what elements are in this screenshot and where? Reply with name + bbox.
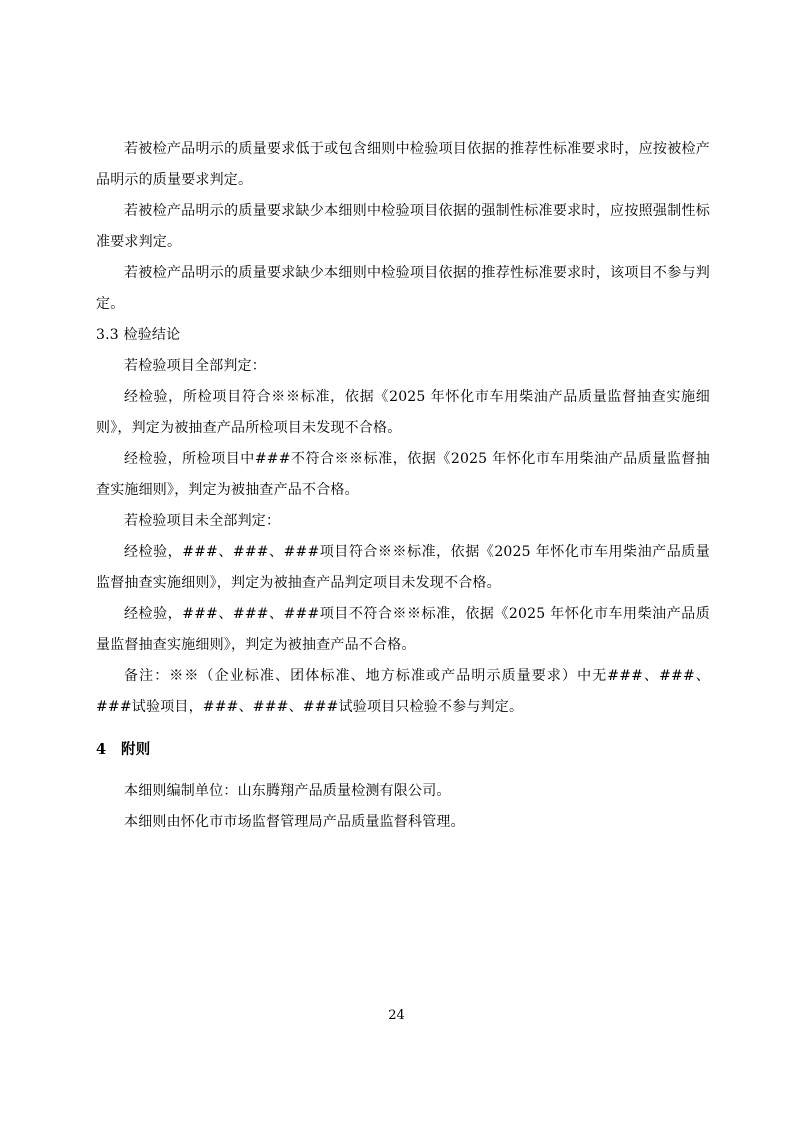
document-page: 若被检产品明示的质量要求低于或包含细则中检验项目依据的推荐性标准要求时，应按被检…: [0, 0, 793, 1122]
paragraph: 若被检产品明示的质量要求缺少本细则中检验项目依据的推荐性标准要求时，该项目不参与…: [96, 258, 710, 320]
document-body: 若被检产品明示的质量要求低于或包含细则中检验项目依据的推荐性标准要求时，应按被检…: [96, 134, 710, 838]
paragraph: 本细则由怀化市市场监督管理局产品质量监督科管理。: [96, 807, 710, 838]
paragraph: 备注：※※（企业标准、团体标准、地方标准或产品明示质量要求）中无###、###、…: [96, 661, 710, 723]
paragraph: 经检验，###、###、###项目符合※※标准，依据《2025 年怀化市车用柴油…: [96, 537, 710, 599]
section-heading-4: 4 附则: [96, 734, 710, 765]
paragraph: 经检验，###、###、###项目不符合※※标准，依据《2025 年怀化市车用柴…: [96, 599, 710, 661]
paragraph: 若检验项目全部判定：: [96, 351, 710, 382]
paragraph: 若检验项目未全部判定：: [96, 506, 710, 537]
page-number: 24: [0, 1008, 793, 1024]
paragraph: 本细则编制单位：山东腾翔产品质量检测有限公司。: [96, 776, 710, 807]
paragraph: 经检验，所检项目符合※※标准，依据《2025 年怀化市车用柴油产品质量监督抽查实…: [96, 382, 710, 444]
section-heading-3-3: 3.3 检验结论: [96, 320, 710, 351]
paragraph: 若被检产品明示的质量要求缺少本细则中检验项目依据的强制性标准要求时，应按照强制性…: [96, 196, 710, 258]
paragraph: 若被检产品明示的质量要求低于或包含细则中检验项目依据的推荐性标准要求时，应按被检…: [96, 134, 710, 196]
paragraph: 经检验，所检项目中###不符合※※标准，依据《2025 年怀化市车用柴油产品质量…: [96, 444, 710, 506]
